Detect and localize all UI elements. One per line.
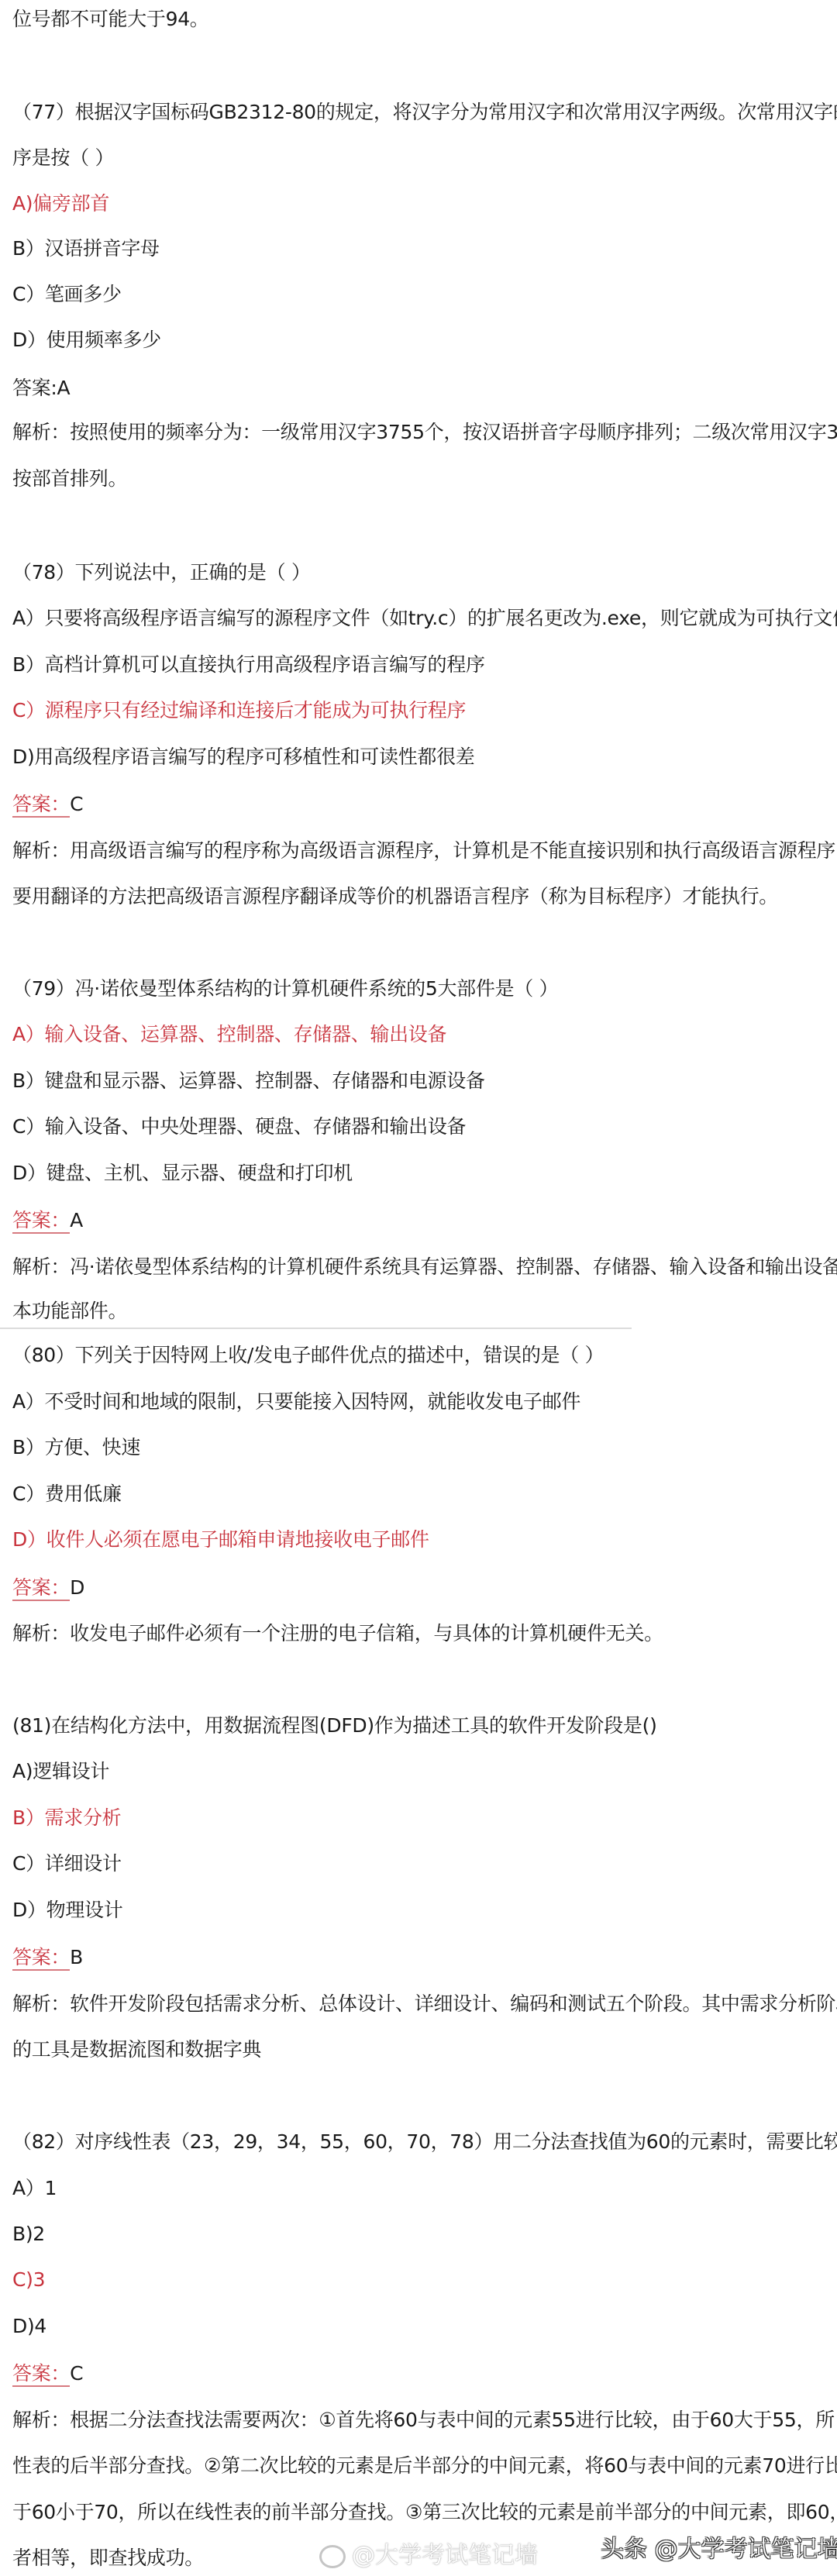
q79-analysis: 解析：冯·诺依曼型体系结构的计算机硬件系统具有运算器、控制器、存储器、输入设备和…: [12, 1254, 837, 1280]
q82-answer: 答案：C: [12, 2361, 83, 2387]
q82-option-d: D)4: [12, 2313, 46, 2340]
q78-answer: 答案：C: [12, 791, 83, 818]
q80-option-d: D）收件人必须在愿电子邮箱申请地接收电子邮件: [12, 1527, 429, 1553]
q77-stem: （77）根据汉字国标码GB2312-80的规定，将汉字分为常用汉字和次常用汉字两…: [12, 99, 837, 126]
q82-analysis: 解析：根据二分法查找法需要两次：①首先将60与表中间的元素55进行比较，由于60…: [12, 2407, 837, 2433]
q78-option-b: B）高档计算机可以直接执行用高级程序语言编写的程序: [12, 652, 485, 678]
q79-stem: （79）冯·诺依曼型体系结构的计算机硬件系统的5大部件是（ ）: [12, 976, 558, 1002]
q80-stem: （80）下列关于因特网上收/发电子邮件优点的描述中，错误的是（ ）: [12, 1342, 604, 1369]
q77-stem-cont: 序是按（ ）: [12, 145, 114, 171]
q79-option-c: C）输入设备、中央处理器、硬盘、存储器和输出设备: [12, 1114, 466, 1140]
q77-analysis: 解析：按照使用的频率分为：一级常用汉字3755个，按汉语拼音字母顺序排列；二级次…: [12, 419, 837, 446]
q77-answer: 答案:A: [12, 375, 70, 401]
q82-stem: （82）对序线性表（23，29，34，55，60，70，78）用二分法查找值为6…: [12, 2129, 837, 2155]
q81-option-c: C）详细设计: [12, 1851, 122, 1877]
q78-option-d: D)用高级程序语言编写的程序可移植性和可读性都很差: [12, 744, 475, 770]
q77-option-b: B）汉语拼音字母: [12, 236, 160, 262]
answer-label: 答案：: [12, 1946, 70, 1971]
q77-analysis-cont: 按部首排列。: [12, 466, 127, 492]
q81-analysis-cont: 的工具是数据流图和数据字典: [12, 2037, 261, 2063]
q79-analysis-cont: 本功能部件。: [12, 1298, 127, 1324]
weibo-watermark: @大学考试笔记墙: [319, 2536, 538, 2570]
q81-option-d: D）物理设计: [12, 1897, 122, 1923]
answer-value: A: [70, 1209, 83, 1231]
q81-stem: (81)在结构化方法中，用数据流程图(DFD)作为描述工具的软件开发阶段是(): [12, 1713, 657, 1739]
answer-label: 答案：: [12, 1576, 70, 1601]
answer-value: C: [70, 793, 83, 815]
q81-option-b: B）需求分析: [12, 1805, 121, 1831]
answer-value: C: [70, 2362, 83, 2385]
q82-analysis-cont-2: 于60小于70，所以在线性表的前半部分查找。③第三次比较的元素是前半部分的中间元…: [12, 2499, 837, 2526]
answer-value: D: [70, 1576, 84, 1599]
q82-analysis-cont-3: 者相等，即查找成功。: [12, 2545, 204, 2571]
q81-analysis: 解析：软件开发阶段包括需求分析、总体设计、详细设计、编码和测试五个阶段。其中需求…: [12, 1991, 837, 2017]
section-divider: [0, 1328, 632, 1329]
q78-option-c: C）源程序只有经过编译和连接后才能成为可执行程序: [12, 697, 466, 724]
q80-answer: 答案：D: [12, 1575, 84, 1601]
answer-label: 答案：: [12, 2362, 70, 2387]
q79-option-b: B）键盘和显示器、运算器、控制器、存储器和电源设备: [12, 1068, 485, 1094]
answer-label: 答案：: [12, 793, 70, 818]
answer-value: B: [70, 1946, 83, 1968]
q81-answer: 答案：B: [12, 1944, 83, 1971]
q82-option-b: B)2: [12, 2221, 45, 2247]
q82-option-a: A）1: [12, 2175, 57, 2202]
q78-option-a: A）只要将高级程序语言编写的源程序文件（如try.c）的扩展名更改为.exe，则…: [12, 605, 837, 632]
q79-option-d: D）键盘、主机、显示器、硬盘和打印机: [12, 1160, 353, 1186]
q82-option-c: C)3: [12, 2267, 45, 2293]
q78-stem: （78）下列说法中，正确的是（ ）: [12, 560, 311, 586]
weibo-logo-icon: [319, 2545, 346, 2568]
q80-option-b: B）方便、快速: [12, 1434, 140, 1461]
q79-option-a: A）输入设备、运算器、控制器、存储器、输出设备: [12, 1021, 446, 1048]
answer-label: 答案：: [12, 1209, 70, 1234]
q81-option-a: A)逻辑设计: [12, 1758, 109, 1785]
q77-option-c: C）笔画多少: [12, 281, 122, 308]
toutiao-watermark: 头条 @大学考试笔记墙: [601, 2530, 837, 2564]
q80-option-a: A）不受时间和地域的限制，只要能接入因特网，就能收发电子邮件: [12, 1389, 580, 1415]
weibo-watermark-text: @大学考试笔记墙: [352, 2542, 538, 2569]
q79-answer: 答案：A: [12, 1207, 83, 1234]
q77-option-d: D）使用频率多少: [12, 327, 161, 353]
q78-analysis: 解析：用高级语言编写的程序称为高级语言源程序，计算机是不能直接识别和执行高级语言…: [12, 838, 837, 864]
q77-option-a: A)偏旁部首: [12, 191, 109, 217]
q80-option-c: C）费用低廉: [12, 1481, 122, 1507]
q82-analysis-cont-1: 性表的后半部分查找。②第二次比较的元素是后半部分的中间元素，将60与表中间的元素…: [12, 2453, 837, 2479]
q78-analysis-cont: 要用翻译的方法把高级语言源程序翻译成等价的机器语言程序（称为目标程序）才能执行。: [12, 883, 778, 910]
intro-text: 位号都不可能大于94。: [12, 6, 209, 33]
q80-analysis: 解析：收发电子邮件必须有一个注册的电子信箱，与具体的计算机硬件无关。: [12, 1620, 663, 1647]
